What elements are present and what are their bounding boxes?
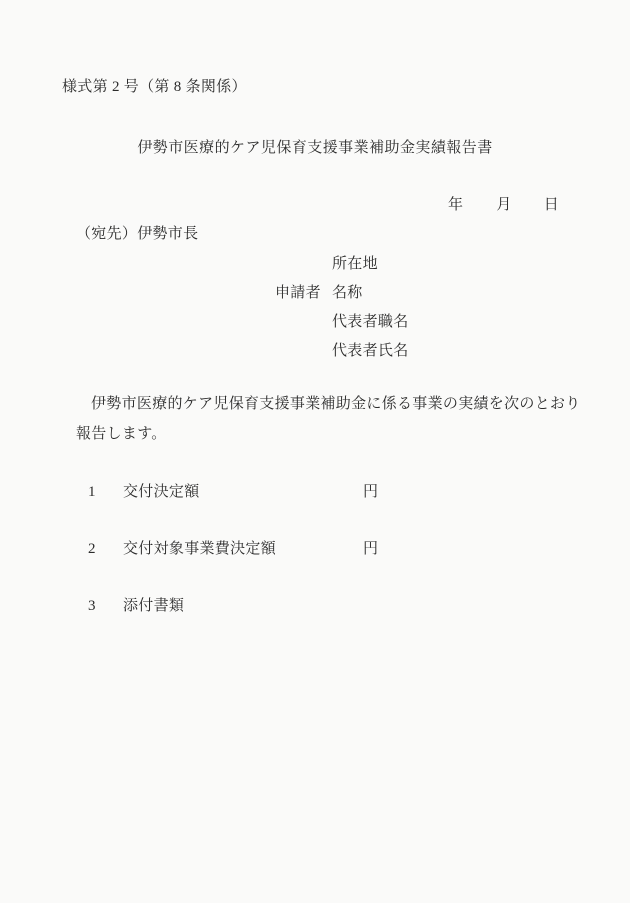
- item-number: 2: [88, 541, 96, 558]
- document-title: 伊勢市医療的ケア児保育支援事業補助金実績報告書: [0, 140, 630, 157]
- document-page: 様式第 2 号（第 8 条関係） 伊勢市医療的ケア児保育支援事業補助金実績報告書…: [0, 0, 630, 903]
- applicant-field-location: 所在地: [332, 256, 378, 273]
- date-month-label: 月: [496, 197, 511, 214]
- date-year-label: 年: [448, 197, 463, 214]
- addressee: （宛先）伊勢市長: [76, 226, 198, 243]
- item-number: 3: [88, 598, 96, 615]
- item-label: 添付書類: [123, 598, 184, 615]
- item-label: 交付対象事業費決定額: [123, 541, 276, 558]
- item-grant-decision-amount: 1 交付決定額 円: [88, 484, 608, 502]
- body-paragraph-line-1: 伊勢市医療的ケア児保育支援事業補助金に係る事業の実績を次のとおり: [91, 396, 581, 413]
- item-attached-documents: 3 添付書類: [88, 598, 608, 616]
- applicant-field-representative-name: 代表者氏名: [332, 343, 409, 360]
- item-number: 1: [88, 484, 96, 501]
- yen-unit-label: 円: [363, 541, 378, 558]
- form-number: 様式第 2 号（第 8 条関係）: [62, 79, 247, 96]
- applicant-field-representative-title: 代表者職名: [332, 314, 409, 331]
- item-eligible-project-cost-amount: 2 交付対象事業費決定額 円: [88, 541, 608, 559]
- applicant-field-name: 名称: [332, 285, 363, 302]
- body-paragraph-line-2: 報告します。: [76, 426, 167, 443]
- item-label: 交付決定額: [123, 484, 200, 501]
- yen-unit-label: 円: [363, 484, 378, 501]
- applicant-label: 申請者: [275, 285, 321, 302]
- date-line: 年 月 日: [448, 197, 559, 214]
- date-day-label: 日: [544, 197, 559, 214]
